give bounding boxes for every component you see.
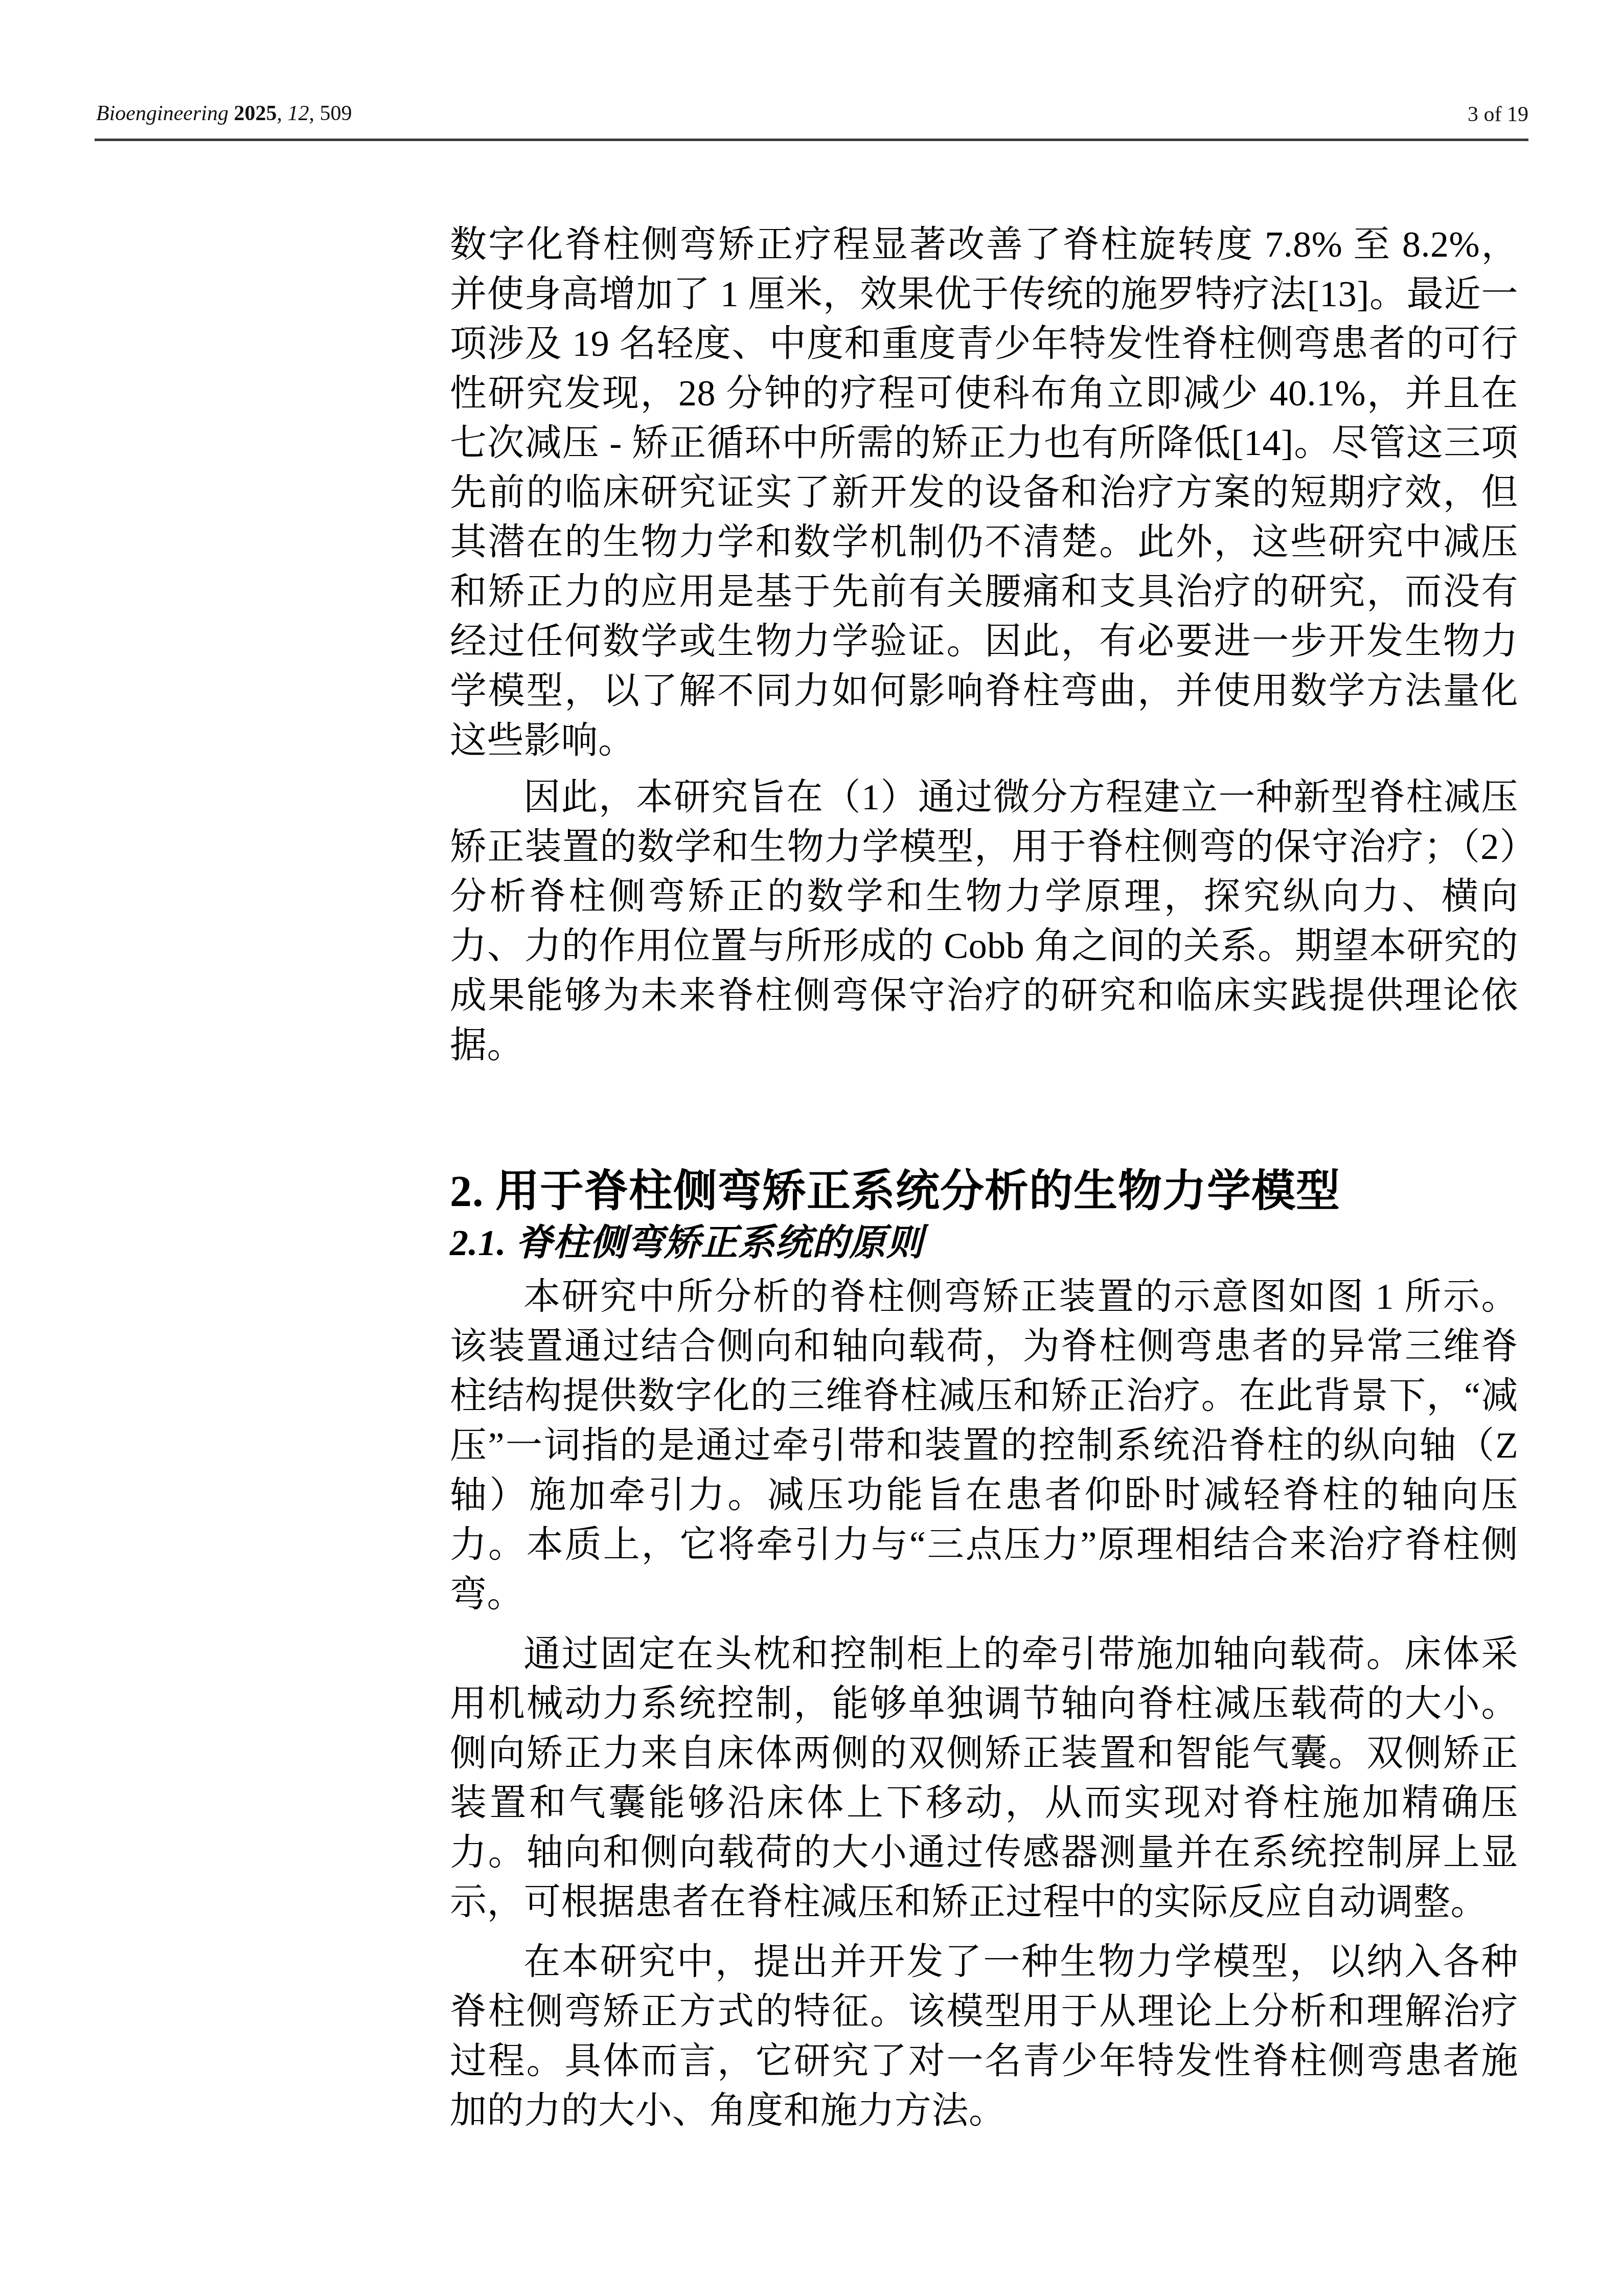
journal-name: Bioengineering <box>96 102 229 125</box>
paragraph-intro-2: 因此，本研究旨在（1）通过微分方程建立一种新型脊柱减压矫正装置的数学和生物力学模… <box>450 772 1518 1070</box>
citation-article-number: , 509 <box>309 102 352 125</box>
article-body: 数字化脊柱侧弯矫正疗程显著改善了脊柱旋转度 7.8% 至 8.2%，并使身高增加… <box>450 220 1518 2135</box>
citation-space <box>229 102 234 125</box>
page-number: 3 of 19 <box>1468 101 1528 128</box>
citation-separator: , <box>277 102 287 125</box>
paragraph-section-3: 在本研究中，提出并开发了一种生物力学模型，以纳入各种脊柱侧弯矫正方式的特征。该模… <box>450 1937 1518 2135</box>
paragraph-section-2: 通过固定在头枕和控制柜上的牵引带施加轴向载荷。床体采用机械动力系统控制，能够单独… <box>450 1629 1518 1927</box>
document-page: Bioengineering 2025, 12, 509 3 of 19 数字化… <box>0 0 1622 2296</box>
paragraph-intro-1: 数字化脊柱侧弯矫正疗程显著改善了脊柱旋转度 7.8% 至 8.2%，并使身高增加… <box>450 220 1518 765</box>
journal-citation: Bioengineering 2025, 12, 509 <box>96 100 352 127</box>
citation-year: 2025 <box>234 102 277 125</box>
paragraph-section-1: 本研究中所分析的脊柱侧弯矫正装置的示意图如图 1 所示。该装置通过结合侧向和轴向… <box>450 1272 1518 1619</box>
header-rule <box>95 139 1528 141</box>
section-heading: 2. 用于脊柱侧弯矫正系统分析的生物力学模型 <box>450 1165 1518 1218</box>
subsection-heading: 2.1. 脊柱侧弯矫正系统的原则 <box>450 1218 1518 1268</box>
citation-volume: 12 <box>287 102 309 125</box>
